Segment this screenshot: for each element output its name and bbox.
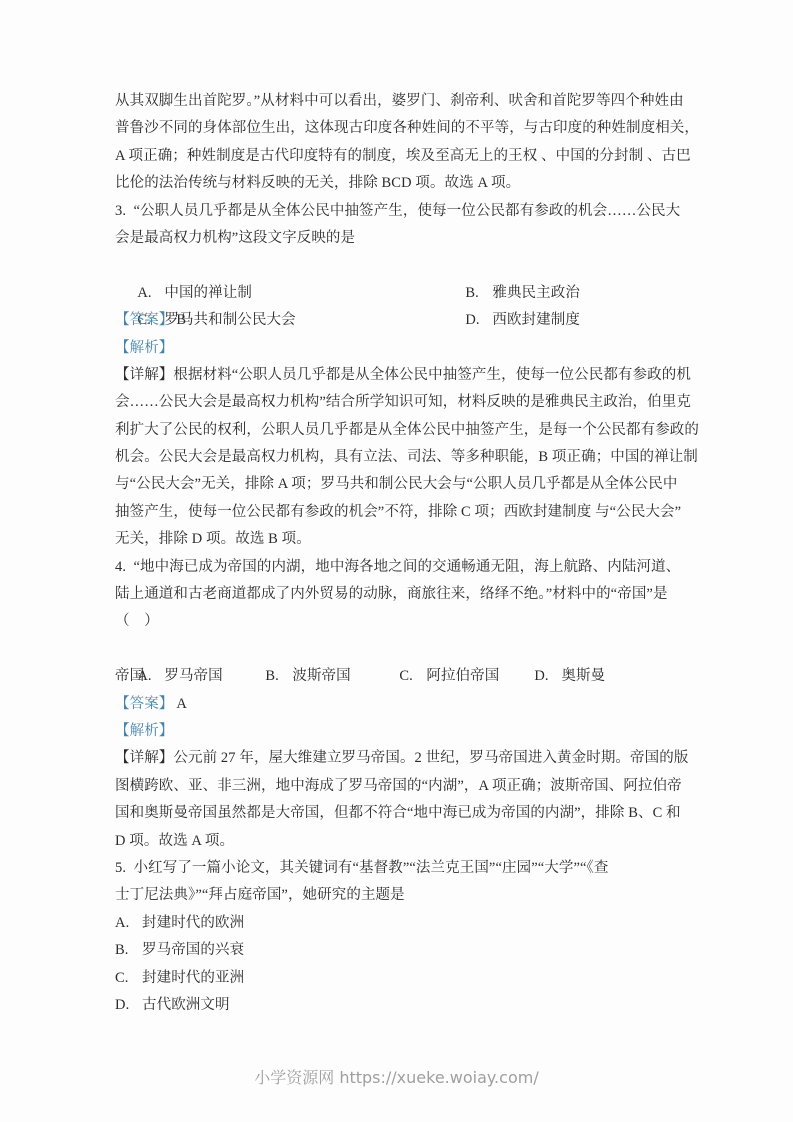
- question-3-detail-line: 【详解】根据材料“公职人员几乎都是从全体公民中抽签产生，使每一位公民都有参政的机: [115, 362, 681, 389]
- option-text: 中国的禅让制: [164, 285, 252, 301]
- answer-value: A: [176, 696, 187, 712]
- question-3-option-c: C.罗马共和制公民大会: [137, 307, 465, 334]
- option-label: D.: [534, 663, 561, 690]
- footer-url: https://xueke.woiay.com/: [339, 1068, 538, 1087]
- option-text: 罗马帝国: [164, 668, 222, 684]
- question-4-detail-line: D 项。故选 A 项。: [115, 828, 681, 855]
- question-4-detail-line: 国和奥斯曼帝国虽然都是大帝国，但都不符合“地中海已成为帝国的内湖”，排除 B、C…: [115, 800, 681, 827]
- option-text: 雅典民主政治: [492, 285, 580, 301]
- option-label: B.: [115, 937, 142, 964]
- question-4-answer-line: 【答案】A: [115, 691, 681, 718]
- option-text: 波斯帝国: [292, 668, 350, 684]
- question-5-option-d: D.古代欧洲文明: [115, 992, 681, 1019]
- page-footer: 小学资源网https://xueke.woiay.com/: [0, 1066, 793, 1090]
- question-3-option-b: B.雅典民主政治: [465, 285, 580, 301]
- question-4-stem-line: （ ）: [115, 608, 681, 635]
- option-text: 封建时代的亚洲: [142, 970, 244, 986]
- question-3-detail-line: 抽签产生，使每一位公民都有参政的机会”不符，排除 C 项；西欧封建制度 与“公民…: [115, 499, 681, 526]
- question-3-stem-line: 3. “公职人员几乎都是从全体公民中抽签产生，使每一位公民都有参政的机会……公民…: [115, 198, 681, 225]
- question-3-option-d: D.西欧封建制度: [465, 312, 580, 328]
- option-label: B.: [465, 280, 492, 307]
- option-text: 封建时代的欧洲: [142, 915, 244, 931]
- option-label: B.: [265, 663, 292, 690]
- question-3-detail-line: 机会。公民大会是最高权力机构，具有立法、司法、等多种职能，B 项正确；中国的禅让…: [115, 444, 681, 471]
- question-4-option-d: D.奥斯曼: [534, 668, 605, 684]
- question-3-analysis-label: 【解析】: [115, 335, 681, 362]
- question-3-option-a: A.中国的禅让制: [137, 280, 465, 307]
- prev-explanation-line: 普鲁沙不同的身体部位生出，这体现古印度各种姓间的不平等，与古印度的种姓制度相关，: [115, 115, 681, 142]
- answer-value: B: [176, 312, 186, 328]
- question-4-options-row: A.罗马帝国B.波斯帝国C.阿拉伯帝国D.奥斯曼: [115, 636, 681, 663]
- option-text: 阿拉伯帝国: [426, 668, 499, 684]
- footer-site-name: 小学资源网: [254, 1068, 334, 1087]
- option-label: A.: [137, 280, 164, 307]
- prev-explanation-line: 比伦的法治传统与材料反映的无关，排除 BCD 项。故选 A 项。: [115, 170, 681, 197]
- question-5-option-a: A.封建时代的欧洲: [115, 910, 681, 937]
- question-4-detail-line: 图横跨欧、亚、非三洲，地中海成了罗马帝国的“内湖”，A 项正确；波斯帝国、阿拉伯…: [115, 773, 681, 800]
- question-5-stem-line: 5. 小红写了一篇小论文，其关键词有“基督教”“法兰克王国”“庄园”“大学”“《…: [115, 855, 681, 882]
- question-4-option-c: C.阿拉伯帝国: [399, 663, 534, 690]
- answer-label: 【答案】: [115, 312, 173, 328]
- question-4-stem-line: 陆上通道和古老商道都成了内外贸易的动脉，商旅往来，络绎不绝。”材料中的“帝国”是: [115, 581, 681, 608]
- document-page: 从其双脚生出首陀罗。”从材料中可以看出，婆罗门、刹帝利、吠舍和首陀罗等四个种姓由…: [0, 0, 793, 1122]
- question-3-stem-line: 会是最高权力机构”这段文字反映的是: [115, 225, 681, 252]
- option-text: 西欧封建制度: [492, 312, 580, 328]
- question-3-detail-line: 会……公民大会是最高权力机构”结合所学知识可知，材料反映的是雅典民主政治，伯里克: [115, 389, 681, 416]
- answer-label: 【答案】: [115, 696, 173, 712]
- option-label: D.: [115, 992, 142, 1019]
- option-text: 古代欧洲文明: [142, 997, 230, 1013]
- option-text: 罗马帝国的兴衰: [142, 942, 244, 958]
- question-4-option-a: A.罗马帝国: [137, 663, 265, 690]
- question-5-option-c: C.封建时代的亚洲: [115, 965, 681, 992]
- question-4-option-b: B.波斯帝国: [265, 663, 399, 690]
- option-label: C.: [399, 663, 426, 690]
- question-5-stem-line: 士丁尼法典》”“拜占庭帝国”，她研究的主题是: [115, 882, 681, 909]
- question-4-analysis-label: 【解析】: [115, 718, 681, 745]
- question-3-detail-line: 利扩大了公民的权利，公职人员几乎都是从全体公民中抽签产生，是每一个公民都有参政的: [115, 417, 681, 444]
- prev-explanation-line: 从其双脚生出首陀罗。”从材料中可以看出，婆罗门、刹帝利、吠舍和首陀罗等四个种姓由: [115, 88, 681, 115]
- question-5-option-b: B.罗马帝国的兴衰: [115, 937, 681, 964]
- question-4-detail-line: 【详解】公元前 27 年，屋大维建立罗马帝国。2 世纪，罗马帝国进入黄金时期。帝…: [115, 745, 681, 772]
- document-content: 从其双脚生出首陀罗。”从材料中可以看出，婆罗门、刹帝利、吠舍和首陀罗等四个种姓由…: [115, 88, 681, 1019]
- prev-explanation-line: A 项正确；种姓制度是古代印度特有的制度，埃及至高无上的王权 、中国的分封制 、…: [115, 143, 681, 170]
- option-label: D.: [465, 307, 492, 334]
- question-3-options-row-1: A.中国的禅让制B.雅典民主政治: [115, 252, 681, 279]
- question-4-stem-line: 4. “地中海已成为帝国的内湖，地中海各地之间的交通畅通无阻，海上航路、内陆河道…: [115, 554, 681, 581]
- question-3-detail-line: 与“公民大会”无关，排除 A 项；罗马共和制公民大会与“公职人员几乎都是从全体公…: [115, 471, 681, 498]
- option-label: C.: [115, 965, 142, 992]
- option-text: 奥斯曼: [561, 668, 605, 684]
- option-label: A.: [115, 910, 142, 937]
- question-3-detail-line: 无关，排除 D 项。故选 B 项。: [115, 526, 681, 553]
